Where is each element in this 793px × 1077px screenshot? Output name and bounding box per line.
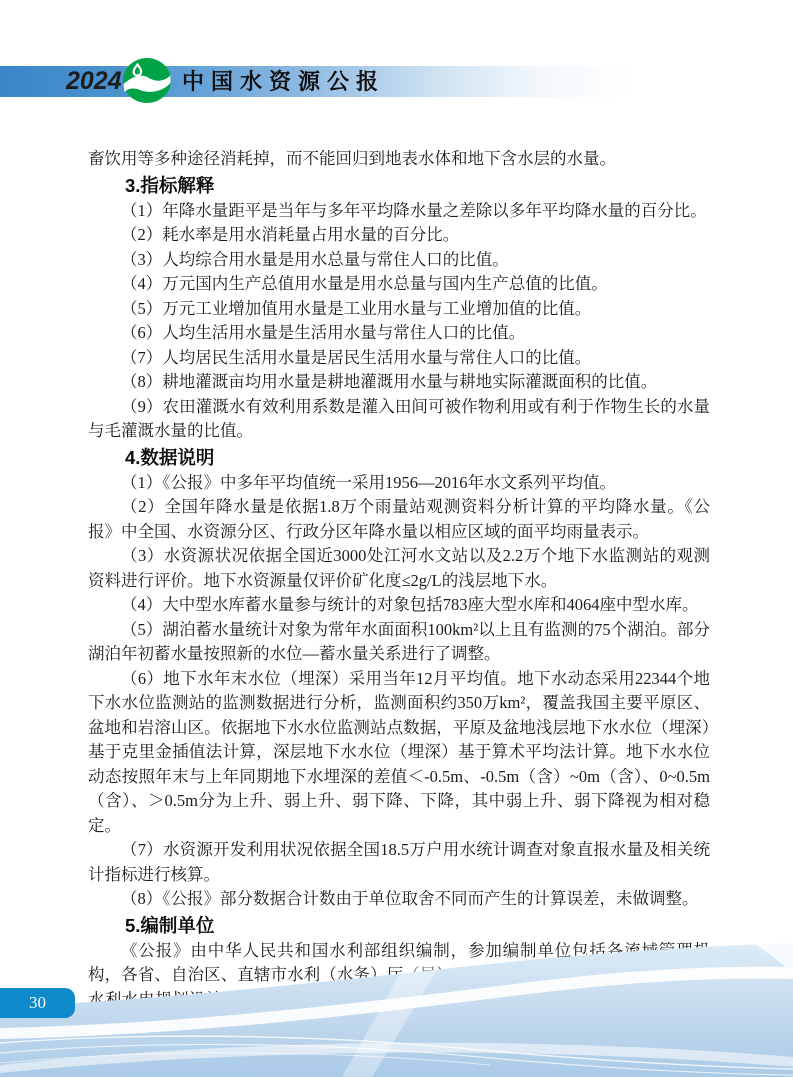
section-heading-3: 3.指标解释 bbox=[88, 172, 710, 199]
body-text: 畜饮用等多种途径消耗掉，而不能回归到地表水体和地下含水层的水量。 3.指标解释 … bbox=[88, 147, 710, 1037]
list-item: （4）大中型水库蓄水量参与统计的对象包括783座大型水库和4064座中型水库。 bbox=[88, 593, 710, 618]
list-item: （5）湖泊蓄水量统计对象为常年水面面积100km²以上且有监测的75个湖泊。部分… bbox=[88, 618, 710, 667]
list-item: （1）《公报》中多年平均值统一采用1956—2016年水文系列平均值。 bbox=[88, 471, 710, 496]
page-number-badge: 30 bbox=[0, 988, 75, 1018]
bulletin-title: 中国水资源公报 bbox=[182, 67, 385, 97]
list-item: （9）农田灌溉水有效利用系数是灌入田间可被作物利用或有利于作物生长的水量与毛灌溉… bbox=[88, 395, 710, 444]
list-item: （5）万元工业增加值用水量是工业用水量与工业增加值的比值。 bbox=[88, 297, 710, 322]
list-item: （3）水资源状况依据全国近3000处江河水文站以及2.2万个地下水监测站的观测资… bbox=[88, 544, 710, 593]
wave-decoration bbox=[0, 927, 793, 1077]
list-item: （8）《公报》部分数据合计数由于单位取舍不同而产生的计算误差，未做调整。 bbox=[88, 887, 710, 912]
paragraph-continuation: 畜饮用等多种途径消耗掉，而不能回归到地表水体和地下含水层的水量。 bbox=[88, 147, 710, 172]
list-item: （2）耗水率是用水消耗量占用水量的百分比。 bbox=[88, 223, 710, 248]
list-item: （2）全国年降水量是依据1.8万个雨量站观测资料分析计算的平均降水量。《公报》中… bbox=[88, 495, 710, 544]
header-year: 2024 bbox=[66, 64, 122, 98]
list-item: （1）年降水量距平是当年与多年平均降水量之差除以多年平均降水量的百分比。 bbox=[88, 199, 710, 224]
list-item: （6）地下水年末水位（埋深）采用当年12月平均值。地下水动态采用22344个地下… bbox=[88, 667, 710, 839]
section-heading-4: 4.数据说明 bbox=[88, 444, 710, 471]
list-item: （4）万元国内生产总值用水量是用水总量与国内生产总值的比值。 bbox=[88, 272, 710, 297]
water-drop-logo-icon bbox=[122, 57, 172, 104]
list-item: （7）水资源开发利用状况依据全国18.5万户用水统计调查对象直报水量及相关统计指… bbox=[88, 838, 710, 887]
list-item: （8）耕地灌溉亩均用水量是耕地灌溉用水量与耕地实际灌溉面积的比值。 bbox=[88, 370, 710, 395]
list-item: （7）人均居民生活用水量是居民生活用水量与常住人口的比值。 bbox=[88, 346, 710, 371]
document-page: 2024 中国水资源公报 畜饮用等多种途径消耗掉，而不能回归到地表水体和地下含水… bbox=[0, 0, 793, 1077]
list-item: （6）人均生活用水量是生活用水量与常住人口的比值。 bbox=[88, 321, 710, 346]
list-item: （3）人均综合用水量是用水总量与常住人口的比值。 bbox=[88, 248, 710, 273]
